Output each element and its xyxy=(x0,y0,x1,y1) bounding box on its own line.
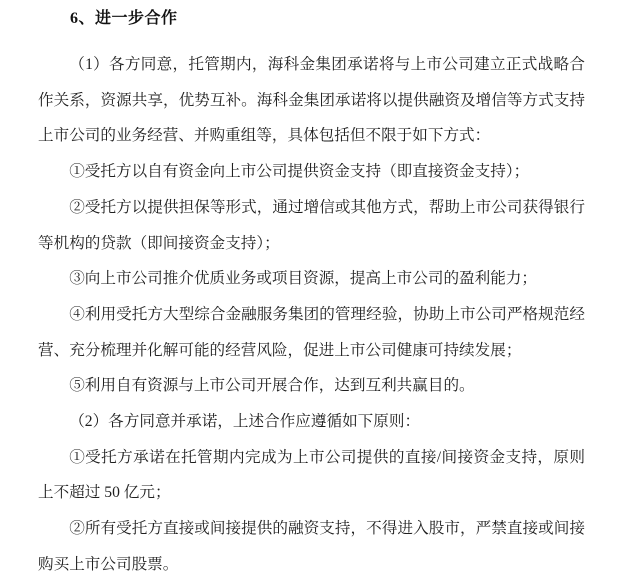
paragraph-principle-1-funding-limit: ①受托方承诺在托管期内完成为上市公司提供的直接/间接资金支持，原则上不超过 50… xyxy=(38,440,585,511)
paragraph-intro: （1）各方同意，托管期内，海科金集团承诺将与上市公司建立正式战略合作关系，资源共… xyxy=(38,47,585,154)
paragraph-principles-intro: （2）各方同意并承诺，上述合作应遵循如下原则： xyxy=(38,404,585,440)
paragraph-principle-2-stock-restriction: ②所有受托方直接或间接提供的融资支持，不得进入股市，严禁直接或间接购买上市公司股… xyxy=(38,511,585,581)
paragraph-item-3-business-resources: ③向上市公司推介优质业务或项目资源，提高上市公司的盈利能力； xyxy=(38,261,585,297)
paragraph-item-4-management-experience: ④利用受托方大型综合金融服务集团的管理经验，协助上市公司严格规范经营、充分梳理并… xyxy=(38,297,585,368)
paragraph-item-5-cooperation: ⑤利用自有资源与上市公司开展合作，达到互利共赢目的。 xyxy=(38,368,585,404)
document-page: 6、进一步合作 （1）各方同意，托管期内，海科金集团承诺将与上市公司建立正式战略… xyxy=(0,0,622,581)
paragraph-item-1-direct-funding: ①受托方以自有资金向上市公司提供资金支持（即直接资金支持）； xyxy=(38,154,585,190)
section-heading: 6、进一步合作 xyxy=(38,8,585,30)
paragraph-item-2-guarantee: ②受托方以提供担保等形式，通过增信或其他方式，帮助上市公司获得银行等机构的贷款（… xyxy=(38,190,585,261)
